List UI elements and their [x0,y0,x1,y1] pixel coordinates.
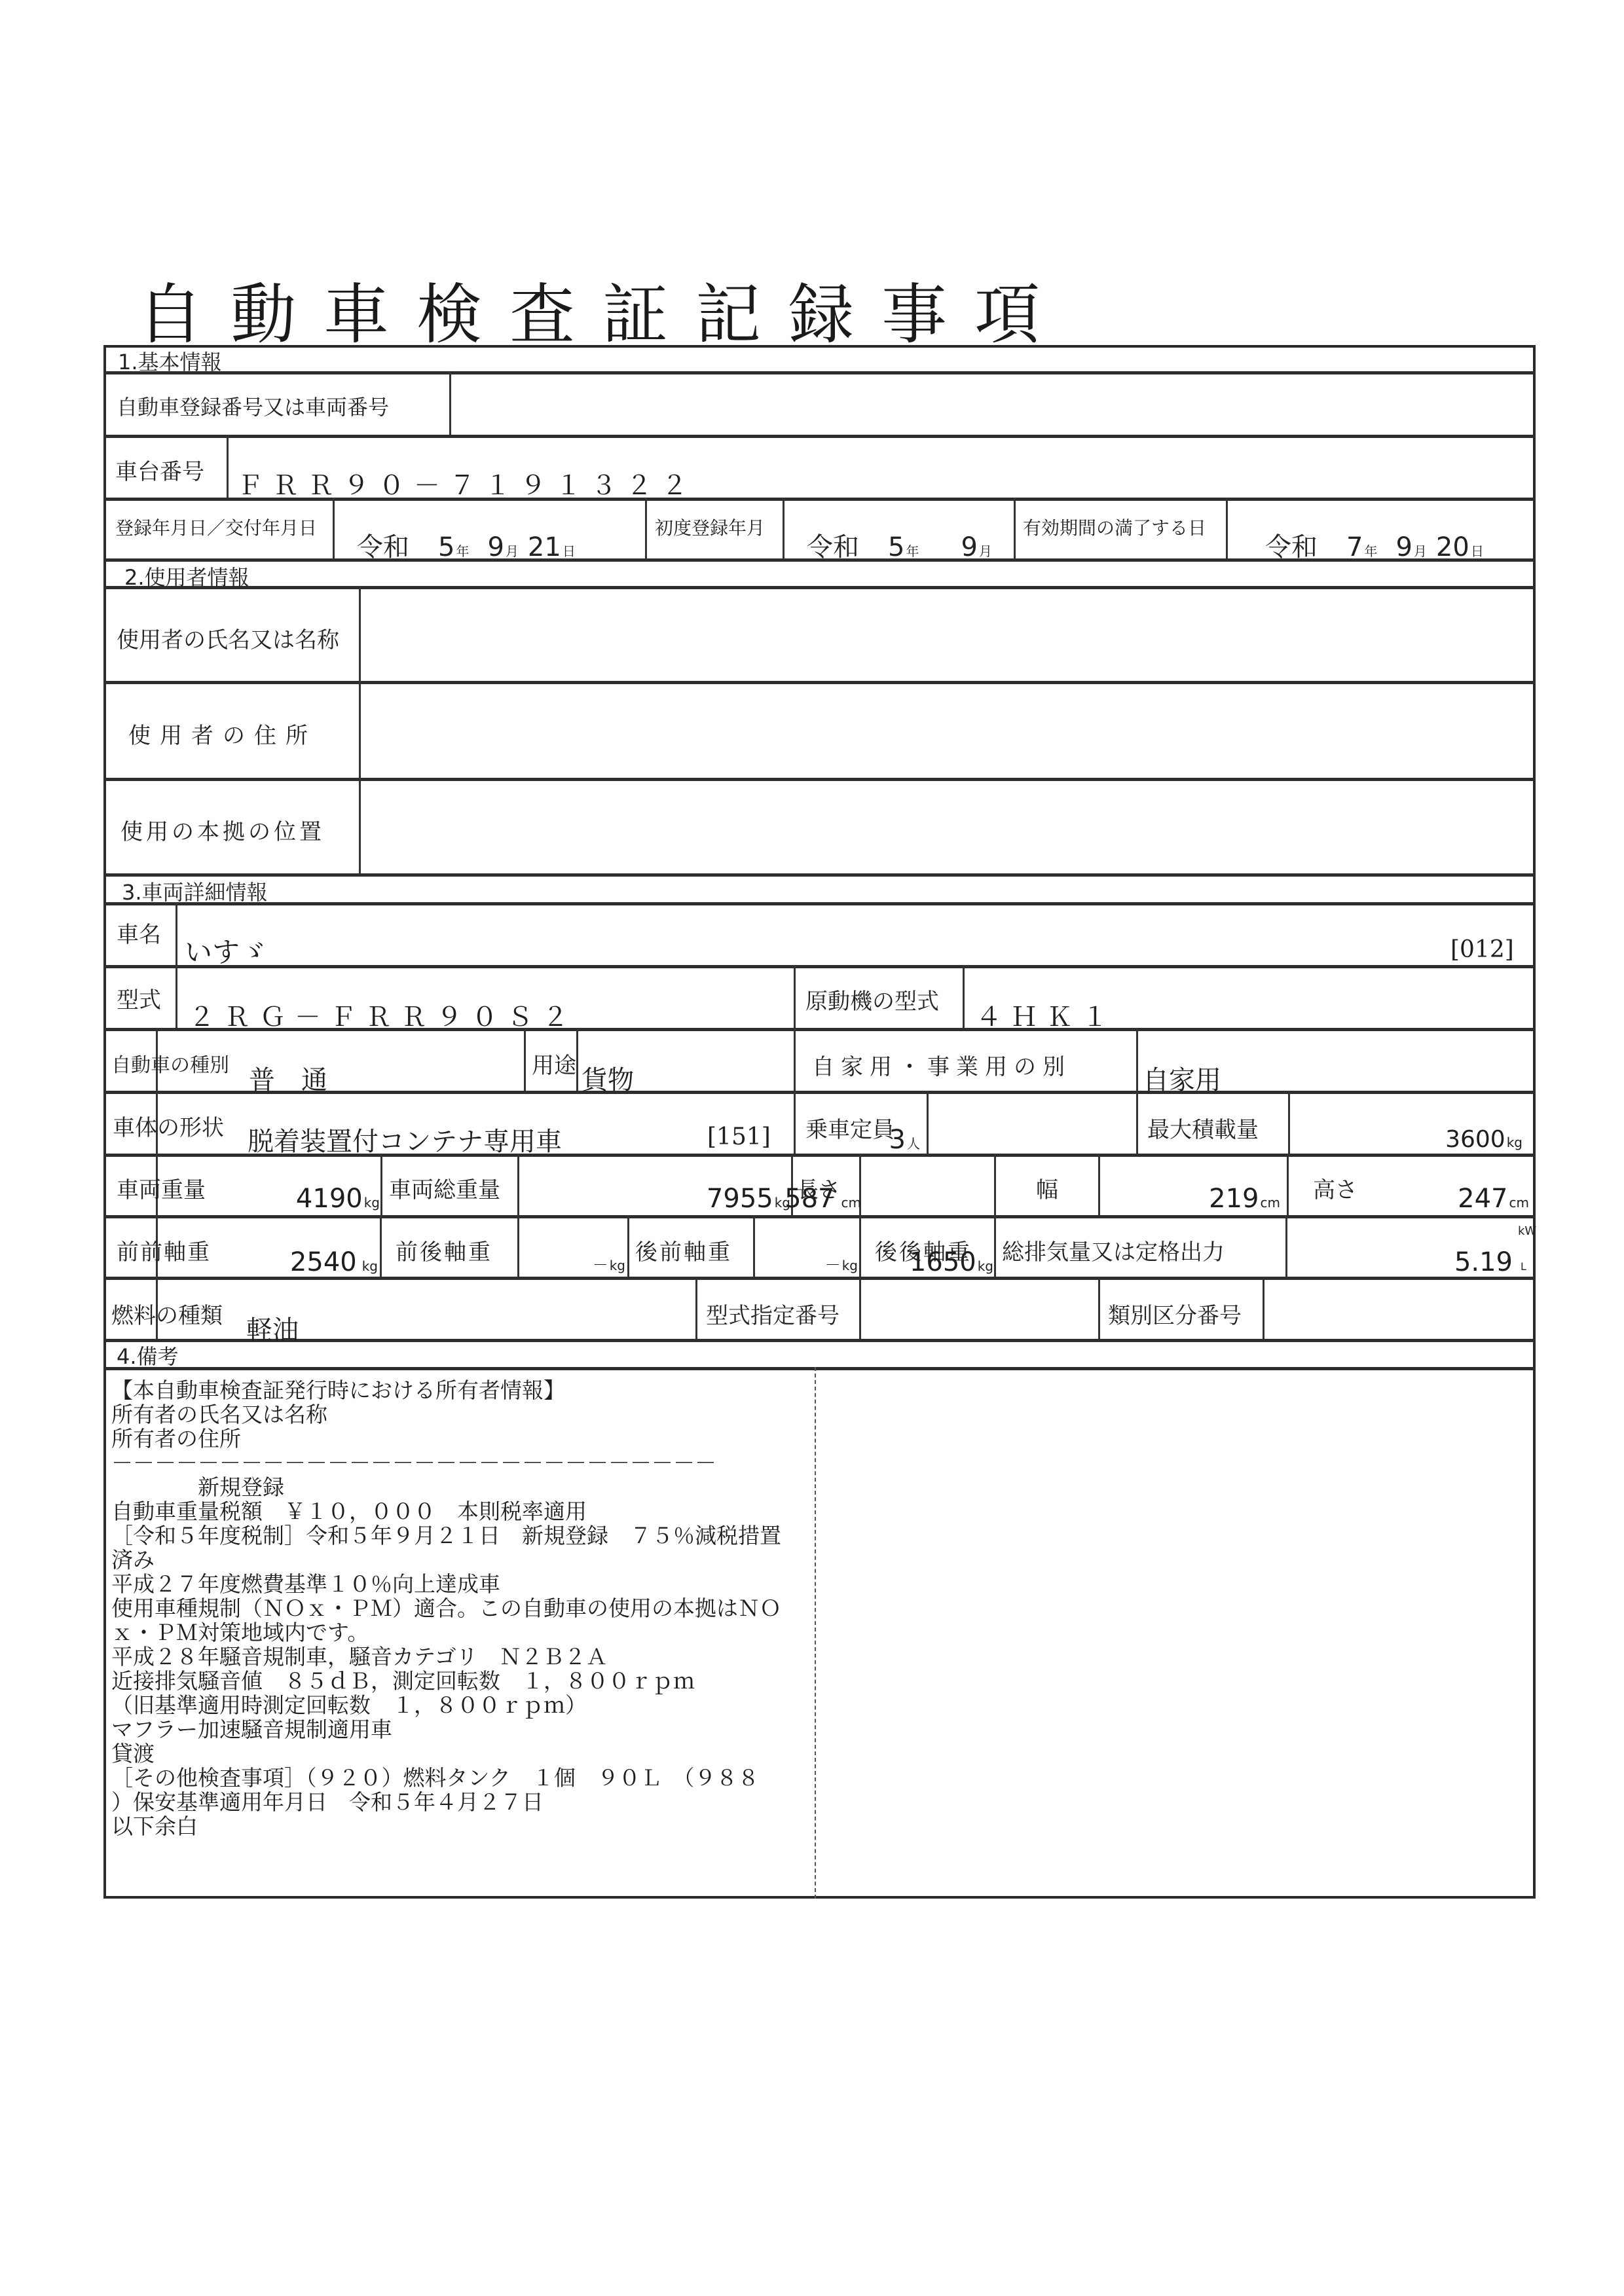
section-4-header: 4.備考 [117,1340,179,1370]
body-shape-code: [151] [707,1123,771,1150]
displacement-label: 総排気量又は定格出力 [1002,1234,1225,1266]
remarks-line: 済み [111,1548,805,1572]
fr-axle-label: 前後軸重 [396,1234,492,1266]
height-label: 高さ [1313,1172,1357,1204]
divider [449,371,451,435]
max-load-label: 最大積載量 [1147,1112,1259,1144]
divider [794,1091,796,1154]
divider [1136,1028,1138,1091]
gross-weight-label: 車両総重量 [389,1172,500,1204]
gross-weight-value: 7955kg [707,1184,790,1214]
ff-axle-value: 2540kg [290,1247,378,1277]
remarks-line: 所有者の住所 [111,1427,805,1451]
chassis-number-value: ＦＲＲ９０－７１９１３２２ [237,465,697,502]
divider [859,1215,861,1277]
divider [103,1215,1536,1218]
remarks-line: ｘ・ＰＭ対策地域内です。 [111,1620,805,1645]
remarks-line: （旧基準適用時測定回転数 １，８００ｒｐｍ） [111,1693,805,1717]
divider [1288,1091,1290,1154]
divider [994,1154,996,1215]
vehicle-weight-value: 4190kg [296,1184,380,1214]
divider [794,1028,796,1091]
rf-axle-label: 後前軸重 [635,1234,732,1266]
chassis-number-label: 車台番号 [115,454,204,486]
width-value: 219cm [1209,1184,1280,1214]
user-name-label: 使用者の氏名又は名称 [117,622,339,654]
remarks-text: 【本自動車検査証発行時における所有者情報】所有者の氏名又は名称所有者の住所－－－… [111,1378,805,1838]
divider [1226,498,1228,558]
displacement-unit-l: L [1521,1260,1526,1273]
user-address-label: 使用者の住所 [128,718,317,750]
divider [380,1215,382,1277]
private-business-value: 自家用 [1143,1059,1221,1097]
divider [695,1277,697,1339]
remarks-line: 使用車種規制（ＮＯｘ・ＰＭ）適合。この自動車の使用の本拠はＮＯ [111,1596,805,1620]
displacement-unit-kw: kW [1518,1224,1536,1238]
divider [524,1028,526,1091]
divider [103,778,1536,781]
usage-label: 用途 [532,1048,576,1080]
expiry-label: 有効期間の満了する日 [1023,514,1206,540]
divider [103,1367,1536,1370]
vehicle-name-value: いすゞ [185,931,267,970]
registration-date-label: 登録年月日／交付年月日 [115,514,317,540]
remarks-line: 【本自動車検査証発行時における所有者情報】 [111,1378,805,1402]
remarks-line: ［その他検査事項］（９２０）燃料タンク １個 ９０Ｌ （９８８ [111,1766,805,1790]
first-registration-label: 初度登録年月 [655,514,765,540]
divider [103,965,1536,968]
remarks-line: 平成２８年騒音規制車，騒音カテゴリ Ｎ２Ｂ２Ａ [111,1645,805,1669]
remarks-line: マフラー加速騒音規制適用車 [111,1717,805,1741]
divider [175,902,177,965]
section-1-header: 1.基本情報 [118,346,222,376]
divider [103,586,1536,589]
divider [103,873,1536,877]
divider [517,1215,519,1277]
rf-axle-value: －kg [825,1252,858,1275]
category-number-label: 類別区分番号 [1108,1298,1242,1330]
vehicle-name-code: [012] [1450,936,1514,963]
divider [103,435,1536,438]
vehicle-type-label: 自動車の種別 [111,1049,229,1078]
length-value: 587cm [784,1184,861,1214]
first-registration-value: 令和5年9月 [807,526,992,564]
divider [175,965,177,1028]
vehicle-weight-label: 車両重量 [117,1172,206,1204]
type-designation-label: 型式指定番号 [706,1298,840,1330]
divider [1287,1154,1289,1215]
base-location-label: 使用の本拠の位置 [120,814,325,846]
divider [794,965,796,1028]
remarks-line: －－－－－－－－－－－－－－－－－－－－－－－－－－－－ [111,1451,805,1475]
model-value: ２ＲＧ－ＦＲＲ９０Ｓ２ [189,996,578,1034]
divider [103,681,1536,684]
vehicle-name-label: 車名 [117,917,161,949]
divider [227,435,229,498]
model-label: 型式 [117,982,161,1014]
capacity-label: 乗車定員 [805,1112,895,1144]
divider [333,498,335,558]
vehicle-type-value: 普 通 [249,1059,327,1097]
fr-axle-value: －kg [593,1252,625,1275]
divider [963,965,965,1028]
ff-axle-label: 前前軸重 [117,1234,211,1266]
divider [1098,1277,1100,1339]
remarks-line: ）保安基準適用年月日 令和５年４月２７日 [111,1790,805,1814]
remarks-line: 貸渡 [111,1741,805,1766]
engine-model-value: ４ＨＫ１ [976,996,1117,1034]
body-shape-label: 車体の形状 [113,1110,224,1142]
divider [1263,1277,1264,1339]
remarks-line: 平成２７年度燃費基準１０％向上達成車 [111,1572,805,1596]
max-load-value: 3600kg [1445,1126,1522,1153]
remarks-divider [815,1367,816,1899]
body-shape-value: 脱着装置付コンテナ専用車 [248,1121,562,1158]
registration-number-label: 自動車登録番号又は車両番号 [117,391,389,421]
capacity-value: 3人 [889,1125,920,1155]
divider [1014,498,1016,558]
divider [380,1154,382,1215]
divider [627,1215,629,1277]
divider [783,498,784,558]
engine-model-label: 原動機の型式 [805,983,939,1015]
private-business-label: 自家用・事業用の別 [812,1049,1071,1081]
section-2-header: 2.使用者情報 [124,561,249,591]
remarks-line: 近接排気騒音値 ８５ｄＢ，測定回転数 １，８００ｒｐｍ [111,1669,805,1693]
divider [753,1215,755,1277]
width-label: 幅 [1036,1172,1058,1204]
divider [103,902,1536,905]
remarks-line: 新規登録 [111,1475,805,1499]
usage-value: 貨物 [581,1059,634,1097]
rr-axle-value: 1650kg [910,1247,993,1277]
divider [517,1154,519,1215]
divider [103,371,1536,374]
remarks-line: 以下余白 [111,1814,805,1838]
section-3-header: 3.車両詳細情報 [122,876,268,906]
displacement-value: 5.19 [1454,1247,1513,1277]
fuel-label: 燃料の種類 [111,1298,223,1330]
divider [1098,1154,1100,1215]
registration-date-value: 令和5年9月21日 [357,526,576,564]
divider [359,586,361,873]
expiry-date-value: 令和7年9月20日 [1265,526,1484,564]
divider [1136,1091,1138,1154]
divider [576,1028,578,1091]
divider [1285,1215,1287,1277]
height-value: 247cm [1458,1184,1529,1214]
divider [994,1215,996,1277]
document-title: 自動車検査証記録事項 [138,262,1067,356]
divider [645,498,647,558]
divider [859,1277,861,1339]
remarks-line: 自動車重量税額 ￥１０，０００ 本則税率適用 [111,1499,805,1523]
divider [103,1339,1536,1342]
remarks-line: 所有者の氏名又は名称 [111,1402,805,1427]
remarks-line: ［令和５年度税制］令和５年９月２１日 新規登録 ７５％減税措置 [111,1523,805,1548]
fuel-value: 軽油 [246,1309,299,1347]
divider [927,1091,929,1154]
